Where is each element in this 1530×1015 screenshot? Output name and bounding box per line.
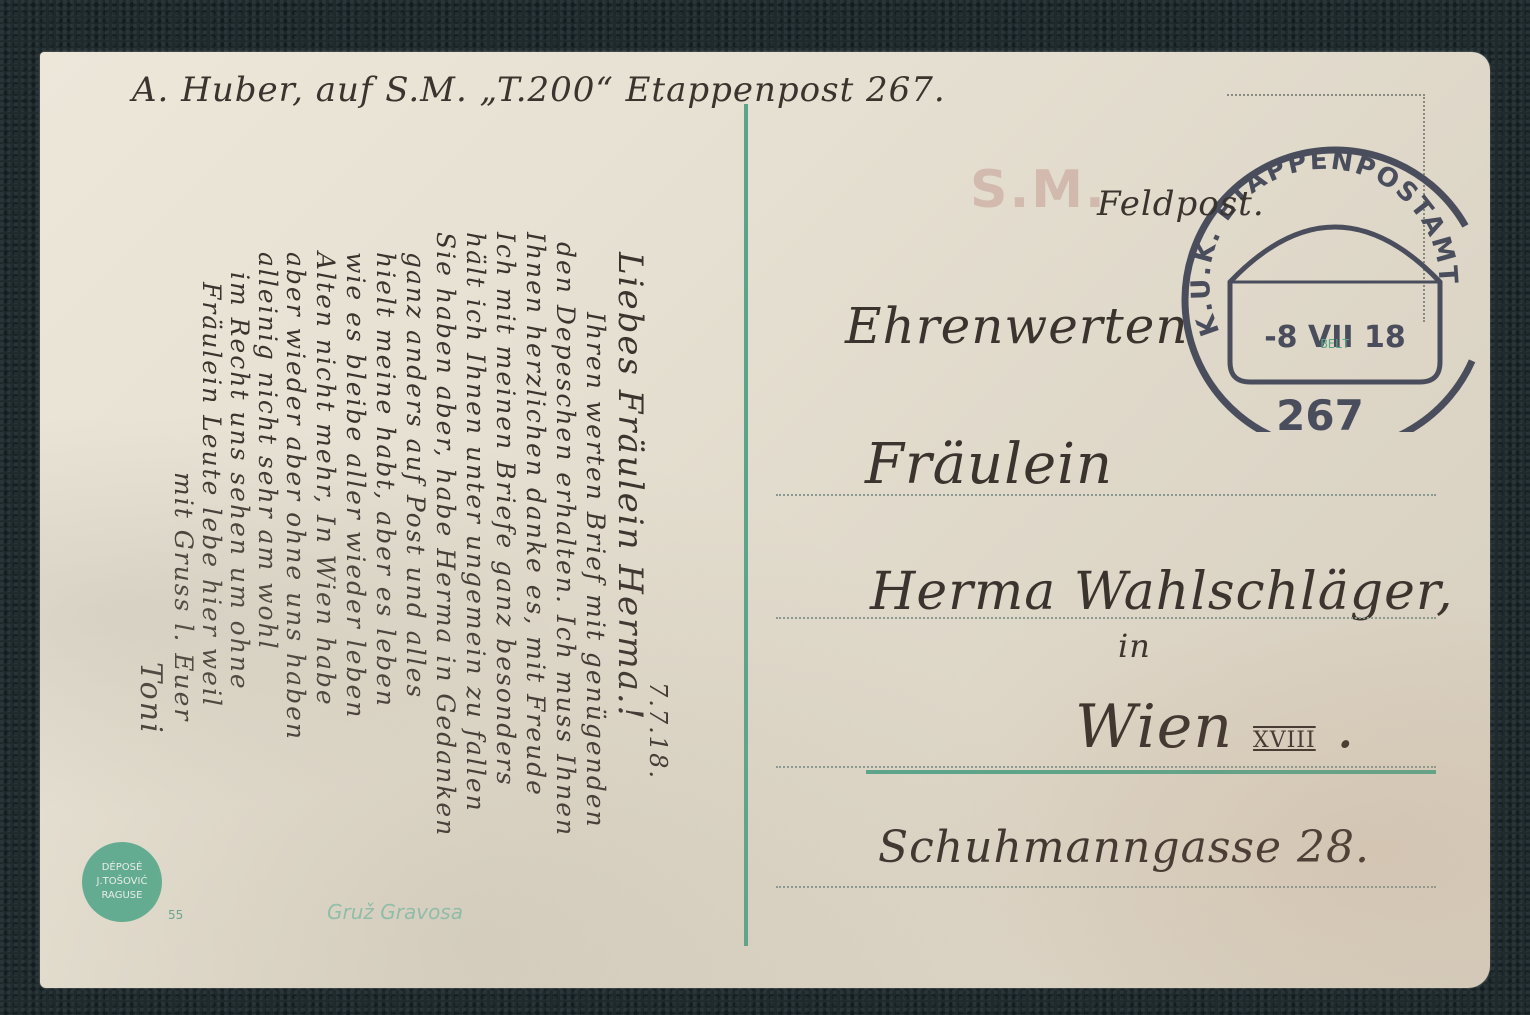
address-district: XVIII bbox=[1253, 728, 1316, 753]
postmark-icon: K.U.K. ETAPPENPOSTAMT -8 VII 18 BELT 267 bbox=[1160, 132, 1480, 432]
message-line: Fräulein Leute lebe hier weil bbox=[197, 282, 226, 708]
faded-cancel-mark: S.M. bbox=[970, 160, 1107, 220]
message-line: Ihnen herzlichen danke es, mit Freude bbox=[521, 232, 550, 797]
postmark-number: 267 bbox=[1276, 391, 1364, 432]
message-line: Alten nicht mehr, In Wien habe bbox=[311, 252, 340, 707]
message-line: aber wieder aber ohne uns haben bbox=[281, 252, 310, 741]
address-title: Fräulein bbox=[865, 432, 1113, 497]
postcard: A. Huber, auf S.M. „T.200“ Etappenpost 2… bbox=[40, 52, 1490, 988]
message-line: Sie haben aber, habe Herma in Gedanken bbox=[431, 232, 460, 837]
message-line: Ihren werten Brief mit genügenden bbox=[581, 312, 610, 829]
address-street: Schuhmanngasse 28. bbox=[878, 822, 1370, 873]
address-name: Herma Wahlschläger, bbox=[870, 562, 1454, 622]
header-note: A. Huber, auf S.M. „T.200“ Etappenpost 2… bbox=[132, 70, 946, 110]
address-service: Feldpost. bbox=[1097, 184, 1265, 224]
print-number: 55 bbox=[168, 908, 183, 922]
message-area: 7.7.18. Liebes Fräulein Herma.! Ihren we… bbox=[110, 122, 670, 942]
message-signature: Toni bbox=[133, 662, 168, 735]
address-preposition: in bbox=[1118, 627, 1151, 665]
svg-text:BELT: BELT bbox=[1321, 337, 1350, 351]
message-line: ganz anders auf Post und alles bbox=[401, 252, 430, 699]
address-city: Wien XVIII . bbox=[1075, 692, 1356, 762]
address-line-2 bbox=[776, 617, 1436, 619]
address-green-rule bbox=[866, 770, 1436, 774]
card-caption: Gruž Gravosa bbox=[327, 900, 463, 924]
message-line: den Depeschen erhalten. Ich muss Ihnen bbox=[551, 242, 580, 837]
address-line-3 bbox=[776, 766, 1436, 768]
address-line-1 bbox=[776, 494, 1436, 496]
message-line: Ich mit meinen Briefe ganz besonders bbox=[491, 232, 520, 787]
center-divider bbox=[744, 104, 748, 946]
message-line: im Recht uns sehen um ohne bbox=[225, 272, 254, 691]
address-line-4 bbox=[776, 886, 1436, 888]
message-line: hielt meine habt, aber es leben bbox=[371, 252, 400, 708]
message-line: wie es bleibe aller wieder leben bbox=[341, 252, 370, 719]
message-line: Liebes Fräulein Herma.! bbox=[610, 252, 650, 721]
address-honorific: Ehrenwerten bbox=[845, 297, 1189, 355]
message-line: mit Gruss l. Euer bbox=[169, 472, 198, 722]
message-line: alleinig nicht sehr am wohl bbox=[253, 252, 282, 651]
message-line: hält ich Ihnen unter ungemein zu fallen bbox=[461, 232, 490, 813]
publisher-logo: DÉPOSÉ J.TOŠOVIĆ RAGUSE bbox=[82, 842, 162, 922]
